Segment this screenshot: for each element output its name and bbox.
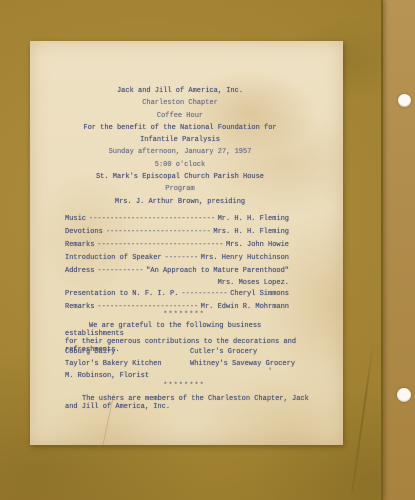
- time-line: 5:00 o'clock: [30, 159, 330, 171]
- leader-dashes: ----------------------------------------…: [97, 265, 143, 278]
- sponsor-name: Whitney's Saveway Grocery: [190, 358, 295, 370]
- program-person: Mrs. H. H. Fleming: [213, 226, 289, 239]
- program-role: Music: [65, 213, 86, 226]
- program-person: Cheryl Simmons: [230, 288, 289, 301]
- program-header: Jack and Jill of America, Inc. Charlesto…: [30, 85, 330, 208]
- address-title: "An Approach to Mature Parenthood": [146, 265, 289, 278]
- program-row: Address --------------------------------…: [65, 265, 289, 278]
- benefit-line: For the benefit of the National Foundati…: [30, 122, 330, 134]
- page-crease: [351, 339, 375, 493]
- stray-mark: ': [268, 368, 272, 376]
- presiding-line: Mrs. J. Arthur Brown, presiding: [30, 196, 330, 208]
- sponsor-column-right: Cutler's Grocery Whitney's Saveway Groce…: [190, 346, 295, 370]
- hole-punch-top: [398, 94, 411, 107]
- program-paper: Jack and Jill of America, Inc. Charlesto…: [30, 41, 343, 445]
- program-list: Music ----------------------------------…: [65, 213, 289, 314]
- program-role: Presentation to N. F. I. P.: [65, 288, 178, 301]
- chapter-line: Charleston Chapter: [30, 97, 330, 109]
- address-speaker: Mrs. Moses Lopez.: [65, 278, 289, 288]
- sponsor-name: M. Robinson, Florist: [65, 370, 162, 382]
- program-role: Devotions: [65, 226, 103, 239]
- program-row: Remarks --------------------------------…: [65, 239, 289, 252]
- program-row: Introduction of Speaker ----------------…: [65, 252, 289, 265]
- leader-dashes: ----------------------------------------…: [165, 252, 198, 265]
- benefit-line-2: Infantile Paralysis: [30, 134, 330, 146]
- program-person: Mrs. Henry Hutchinson: [201, 252, 289, 265]
- program-row: Presentation to N. F. I. P. ------------…: [65, 288, 289, 301]
- program-person: Mrs. John Howie: [226, 239, 289, 252]
- program-role: Introduction of Speaker: [65, 252, 162, 265]
- program-label: Program: [30, 183, 330, 195]
- sponsor-name: Coburg Dairy: [65, 346, 162, 358]
- separator-asterisks: ********: [30, 382, 338, 390]
- leader-dashes: ----------------------------------------…: [89, 213, 215, 226]
- leader-dashes: ----------------------------------------…: [181, 288, 227, 301]
- leader-dashes: ----------------------------------------…: [106, 226, 211, 239]
- sponsor-column-left: Coburg Dairy Taylor's Bakery Kitchen M. …: [65, 346, 162, 383]
- program-row: Devotions ------------------------------…: [65, 226, 289, 239]
- ushers-line: and Jill of America, Inc.: [65, 403, 310, 411]
- date-line: Sunday afternoon, January 27, 1957: [30, 146, 330, 158]
- venue-line: St. Mark's Episcopal Church Parish House: [30, 171, 330, 183]
- sponsor-name: Cutler's Grocery: [190, 346, 295, 358]
- program-role: Remarks: [65, 239, 94, 252]
- event-title: Coffee Hour: [30, 110, 330, 122]
- sponsor-name: Taylor's Bakery Kitchen: [65, 358, 162, 370]
- program-row: Music ----------------------------------…: [65, 213, 289, 226]
- scrapbook-page: Jack and Jill of America, Inc. Charlesto…: [0, 0, 383, 500]
- program-person: Mr. H. H. Fleming: [218, 213, 289, 226]
- thanks-line: for their generous contributions to the …: [65, 338, 310, 346]
- thanks-line: We are grateful to the following busines…: [65, 322, 310, 338]
- org-title: Jack and Jill of America, Inc.: [30, 85, 330, 97]
- program-role: Address: [65, 265, 94, 278]
- leader-dashes: ----------------------------------------…: [97, 239, 223, 252]
- ushers-paragraph: The ushers are members of the Charleston…: [65, 395, 310, 411]
- scrapbook-photo: Jack and Jill of America, Inc. Charlesto…: [0, 0, 415, 500]
- hole-punch-bottom: [397, 388, 411, 402]
- ushers-line: The ushers are members of the Charleston…: [65, 395, 310, 403]
- separator-asterisks: ********: [30, 311, 338, 319]
